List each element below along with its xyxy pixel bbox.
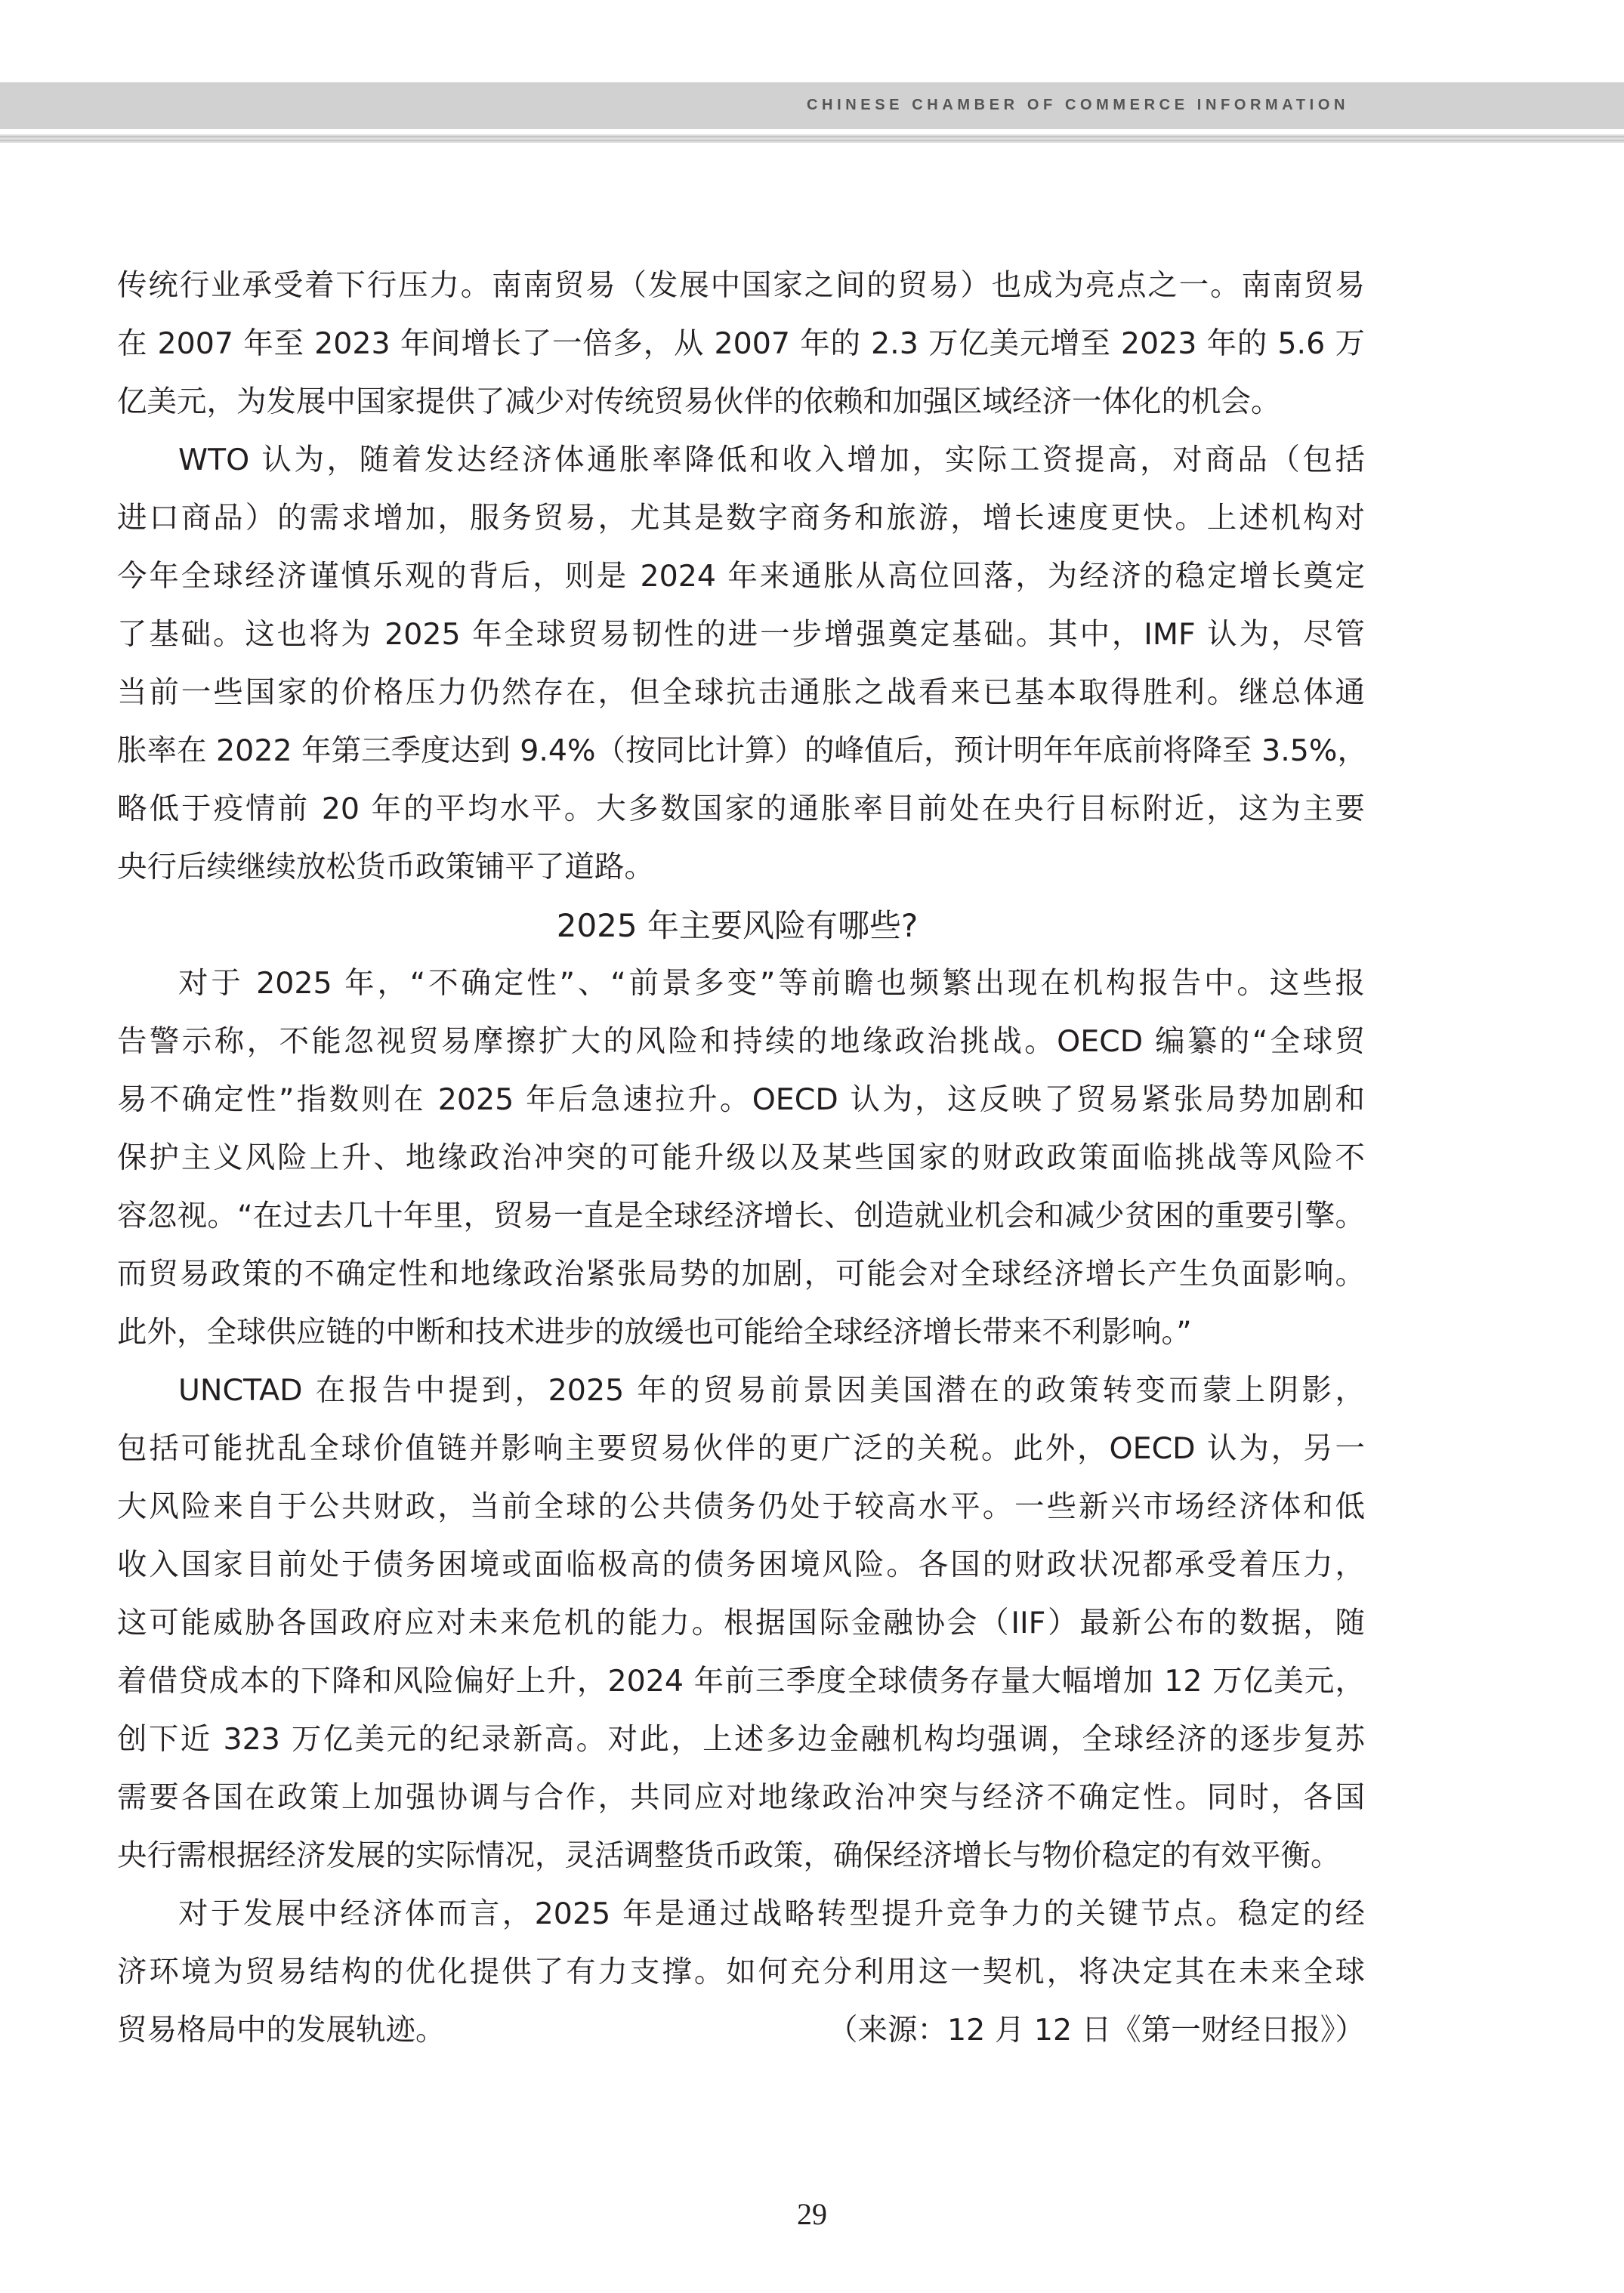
text-line: UNCTAD 在报告中提到，2025 年的贸易前景因美国潜在的政策转变而蒙上阴影… [117, 1362, 1365, 1420]
text-line: 需要各国在政策上加强协调与合作，共同应对地缘政治冲突与经济不确定性。同时，各国 [117, 1769, 1365, 1827]
paragraph-4: UNCTAD 在报告中提到，2025 年的贸易前景因美国潜在的政策转变而蒙上阴影… [117, 1362, 1365, 1885]
text-line: 传统行业承受着下行压力。南南贸易（发展中国家之间的贸易）也成为亮点之一。南南贸易 [117, 257, 1365, 315]
text-line: 收入国家目前处于债务困境或面临极高的债务困境风险。各国的财政状况都承受着压力， [117, 1536, 1365, 1594]
paragraph-1: 传统行业承受着下行压力。南南贸易（发展中国家之间的贸易）也成为亮点之一。南南贸易… [117, 257, 1365, 431]
text-line: 亿美元，为发展中国家提供了减少对传统贸易伙伴的依赖和加强区域经济一体化的机会。 [117, 373, 1365, 431]
text-line: 大风险来自于公共财政，当前全球的公共债务仍处于较高水平。一些新兴市场经济体和低 [117, 1478, 1365, 1536]
text-line: 容忽视。“在过去几十年里，贸易一直是全球经济增长、创造就业机会和减少贫困的重要引… [117, 1187, 1365, 1245]
text-line: 此外，全球供应链的中断和技术进步的放缓也可能给全球经济增长带来不利影响。” [117, 1304, 1365, 1362]
article-body: 传统行业承受着下行压力。南南贸易（发展中国家之间的贸易）也成为亮点之一。南南贸易… [117, 257, 1365, 2060]
text-line: 告警示称，不能忽视贸易摩擦扩大的风险和持续的地缘政治挑战。OECD 编纂的“全球… [117, 1013, 1365, 1071]
text-line: 着借贷成本的下降和风险偏好上升，2024 年前三季度全球债务存量大幅增加 12 … [117, 1653, 1365, 1711]
text-line: 了基础。这也将为 2025 年全球贸易韧性的进一步增强奠定基础。其中，IMF 认… [117, 606, 1365, 664]
publication-title: CHINESE CHAMBER OF COMMERCE INFORMATION [807, 97, 1349, 114]
text-line: 保护主义风险上升、地缘政治冲突的可能升级以及某些国家的财政政策面临挑战等风险不 [117, 1129, 1365, 1187]
text-line: 胀率在 2022 年第三季度达到 9.4%（按同比计算）的峰值后，预计明年年底前… [117, 722, 1365, 780]
text-line: 当前一些国家的价格压力仍然存在，但全球抗击通胀之战看来已基本取得胜利。继总体通 [117, 664, 1365, 722]
source-note: （来源：12 月 12 日《第一财经日报》） [828, 2001, 1365, 2060]
paragraph-3: 对于 2025 年，“不确定性”、“前景多变”等前瞻也频繁出现在机构报告中。这些… [117, 955, 1365, 1362]
text-line: 进口商品）的需求增加，服务贸易，尤其是数字商务和旅游，增长速度更快。上述机构对 [117, 489, 1365, 548]
text-line: 央行需根据经济发展的实际情况，灵活调整货币政策，确保经济增长与物价稳定的有效平衡… [117, 1827, 1365, 1885]
text-line: 对于 2025 年，“不确定性”、“前景多变”等前瞻也频繁出现在机构报告中。这些… [117, 955, 1365, 1013]
text-line: 济环境为贸易结构的优化提供了有力支撑。如何充分利用这一契机，将决定其在未来全球 [117, 1943, 1365, 2001]
text-line: 而贸易政策的不确定性和地缘政治紧张局势的加剧，可能会对全球经济增长产生负面影响。 [117, 1245, 1365, 1304]
text-line: WTO 认为，随着发达经济体通胀率降低和收入增加，实际工资提高，对商品（包括 [117, 431, 1365, 489]
text-line: 创下近 323 万亿美元的纪录新高。对此，上述多边金融机构均强调，全球经济的逐步… [117, 1711, 1365, 1769]
text-line: 央行后续继续放松货币政策铺平了道路。 [117, 838, 1365, 897]
closing-line: 贸易格局中的发展轨迹。 （来源：12 月 12 日《第一财经日报》） [117, 2001, 1365, 2060]
text-line: 对于发展中经济体而言，2025 年是通过战略转型提升竞争力的关键节点。稳定的经 [117, 1885, 1365, 1943]
text-line: 这可能威胁各国政府应对未来危机的能力。根据国际金融协会（IIF）最新公布的数据，… [117, 1594, 1365, 1653]
section-heading: 2025 年主要风险有哪些? [117, 897, 1365, 955]
text-line: 今年全球经济谨慎乐观的背后，则是 2024 年来通胀从高位回落，为经济的稳定增长… [117, 548, 1365, 606]
text-line: 贸易格局中的发展轨迹。 [117, 2001, 446, 2060]
text-line: 在 2007 年至 2023 年间增长了一倍多，从 2007 年的 2.3 万亿… [117, 315, 1365, 373]
text-line: 包括可能扰乱全球价值链并影响主要贸易伙伴的更广泛的关税。此外，OECD 认为，另… [117, 1420, 1365, 1478]
paragraph-2: WTO 认为，随着发达经济体通胀率降低和收入增加，实际工资提高，对商品（包括 进… [117, 431, 1365, 897]
text-line: 略低于疫情前 20 年的平均水平。大多数国家的通胀率目前处在央行目标附近，这为主… [117, 780, 1365, 838]
paragraph-5: 对于发展中经济体而言，2025 年是通过战略转型提升竞争力的关键节点。稳定的经 … [117, 1885, 1365, 2060]
page-number: 29 [0, 2196, 1624, 2232]
header-divider [0, 134, 1624, 143]
text-line: 易不确定性”指数则在 2025 年后急速拉升。OECD 认为，这反映了贸易紧张局… [117, 1071, 1365, 1129]
